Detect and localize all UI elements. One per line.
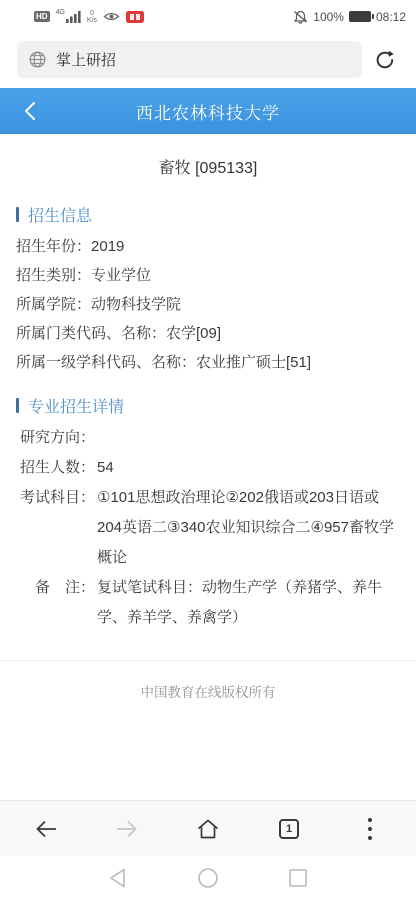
section-bar-icon xyxy=(16,207,19,222)
eye-protection-icon xyxy=(103,10,120,23)
refresh-button[interactable] xyxy=(362,38,408,82)
row-label: 招生人数： xyxy=(16,453,95,483)
row-label: 所属学院： xyxy=(16,296,91,313)
section-title: 招生信息 xyxy=(28,203,92,226)
battery-icon xyxy=(349,11,371,22)
row-value: 复试笔试科目：动物生产学（养猪学、养牛学、养羊学、养禽学） xyxy=(95,573,400,633)
back-button[interactable] xyxy=(8,88,52,134)
signal-icon: 4G xyxy=(56,10,81,23)
row-label: 研究方向： xyxy=(16,423,95,453)
row-value: 农学[09] xyxy=(166,325,221,342)
system-recents-button[interactable] xyxy=(285,865,311,891)
section-header-major-details: 专业招生详情 xyxy=(16,394,400,417)
row-value: 专业学位 xyxy=(91,267,151,284)
system-home-button[interactable] xyxy=(195,865,221,891)
footer-divider xyxy=(0,660,416,661)
row-label: 所属一级学科代码、名称： xyxy=(16,354,196,371)
browser-home-button[interactable] xyxy=(186,807,230,851)
browser-back-button[interactable] xyxy=(24,807,68,851)
major-title: 畜牧 [095133] xyxy=(16,134,400,186)
tab-count-icon: 1 xyxy=(279,819,299,839)
arrow-right-icon xyxy=(114,818,140,840)
status-bar: HD 4G 0 K/s xyxy=(0,0,416,31)
page-content: 畜牧 [095133] 招生信息 招生年份：2019 招生类别：专业学位 所属学… xyxy=(0,134,416,701)
page-header: 西北农林科技大学 xyxy=(0,88,416,134)
detail-row-exam-subjects: 考试科目： ①101思想政治理论②202俄语或203日语或204英语二③340农… xyxy=(16,483,400,573)
network-speed-indicator: 0 K/s xyxy=(87,10,97,24)
row-value: ①101思想政治理论②202俄语或203日语或204英语二③340农业知识综合二… xyxy=(95,483,400,573)
row-value xyxy=(95,423,400,453)
row-label: 所属门类代码、名称： xyxy=(16,325,166,342)
url-text: 掌上研招 xyxy=(56,49,116,70)
info-row-discipline-category: 所属门类代码、名称：农学[09] xyxy=(16,319,400,348)
browser-toolbar: 1 xyxy=(0,800,416,856)
network-type-label: 4G xyxy=(56,9,65,16)
globe-icon xyxy=(29,51,46,68)
arrow-left-icon xyxy=(33,818,59,840)
battery-percent: 100% xyxy=(313,10,344,24)
more-vertical-icon xyxy=(366,816,374,842)
address-bar: 掌上研招 xyxy=(0,31,416,88)
info-row-year: 招生年份：2019 xyxy=(16,232,400,261)
row-label: 招生类别： xyxy=(16,267,91,284)
clock: 08:12 xyxy=(376,10,406,24)
university-title: 西北农林科技大学 xyxy=(136,99,280,124)
circle-home-icon xyxy=(197,867,219,889)
info-row-category: 招生类别：专业学位 xyxy=(16,261,400,290)
row-value: 动物科技学院 xyxy=(91,296,181,313)
row-label: 招生年份： xyxy=(16,238,91,255)
browser-menu-button[interactable] xyxy=(348,807,392,851)
chevron-left-icon xyxy=(24,101,36,121)
url-field[interactable]: 掌上研招 xyxy=(17,41,362,78)
square-recents-icon xyxy=(287,867,309,889)
red-app-badge-icon xyxy=(126,11,144,23)
browser-forward-button[interactable] xyxy=(105,807,149,851)
info-row-college: 所属学院：动物科技学院 xyxy=(16,290,400,319)
detail-row-enrollment-count: 招生人数： 54 xyxy=(16,453,400,483)
status-right-cluster: 100% 08:12 xyxy=(293,10,406,24)
hd-icon: HD xyxy=(34,11,50,22)
status-left-cluster: HD 4G 0 K/s xyxy=(34,10,144,24)
row-label: 考试科目： xyxy=(16,483,95,573)
speed-value: 0 xyxy=(90,10,94,17)
home-icon xyxy=(195,817,221,841)
section-bar-icon xyxy=(16,398,19,413)
copyright-text: 中国教育在线版权所有 xyxy=(16,681,400,701)
row-value: 54 xyxy=(95,453,400,483)
phone-screen: HD 4G 0 K/s xyxy=(0,0,416,900)
system-back-button[interactable] xyxy=(105,865,131,891)
notifications-muted-icon xyxy=(293,10,308,24)
refresh-icon xyxy=(374,49,396,71)
info-row-first-level-discipline: 所属一级学科代码、名称：农业推广硕士[51] xyxy=(16,348,400,377)
system-navbar xyxy=(0,856,416,900)
detail-row-remarks: 备 注： 复试笔试科目：动物生产学（养猪学、养牛学、养羊学、养禽学） xyxy=(16,573,400,633)
browser-tabs-button[interactable]: 1 xyxy=(267,807,311,851)
row-value: 农业推广硕士[51] xyxy=(196,354,311,371)
detail-row-research-direction: 研究方向： xyxy=(16,423,400,453)
row-label: 备 注： xyxy=(16,573,95,633)
section-title: 专业招生详情 xyxy=(28,394,124,417)
speed-unit: K/s xyxy=(87,17,97,24)
triangle-back-icon xyxy=(108,867,128,889)
signal-bars-icon xyxy=(66,10,81,23)
section-header-admission-info: 招生信息 xyxy=(16,203,400,226)
row-value: 2019 xyxy=(91,238,124,255)
